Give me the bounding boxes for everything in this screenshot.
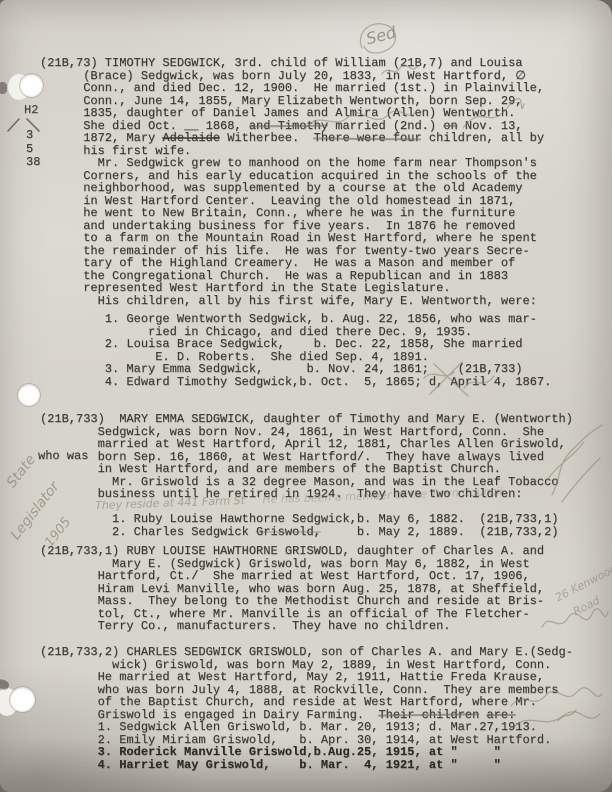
strike-griswold	[256, 531, 321, 533]
pencil-scribble-mid	[300, 103, 420, 137]
edge-smudge	[0, 82, 7, 94]
typed-section-21B-733: (21B,733) MARY EMMA SEDGWICK, daughter o…	[40, 413, 573, 538]
address-note-line1: 26 Kenwood	[553, 562, 612, 604]
page-number-3: 38	[26, 156, 40, 169]
overtype-adelaide	[162, 137, 220, 139]
strike-on	[443, 125, 458, 127]
diagonal-note-state: State	[4, 452, 39, 491]
pencil-scribble-right	[458, 92, 528, 136]
typed-section-21B-733-1: (21B,733,1) RUBY LOUISE HAWTHORNE GRISWO…	[40, 545, 544, 633]
punch-hole-middle	[18, 384, 40, 406]
page-number-1: 3	[26, 129, 33, 142]
pencil-tick	[556, 708, 578, 724]
caret-mark	[5, 116, 41, 134]
pencil-cross-marks	[420, 352, 498, 400]
typed-margin-insert: who was	[38, 450, 88, 463]
scanned-typewritten-page: H2 3 5 38 (21B,73) TIMOTHY SEDGWICK, 3rd…	[0, 0, 612, 792]
punch-hole-bottom	[10, 687, 35, 712]
pencil-scribble-under-address	[538, 602, 610, 636]
note-gap	[248, 493, 259, 506]
page-number-2: 5	[26, 143, 33, 156]
typed-section-21B-733-2: (21B,733,2) CHARLES SEDGWICK GRISWOLD, s…	[40, 646, 573, 771]
pencil-scribble-margin-right	[542, 420, 610, 505]
top-pencil-loop	[352, 18, 404, 58]
pencil-scribble-over-in	[380, 63, 420, 79]
